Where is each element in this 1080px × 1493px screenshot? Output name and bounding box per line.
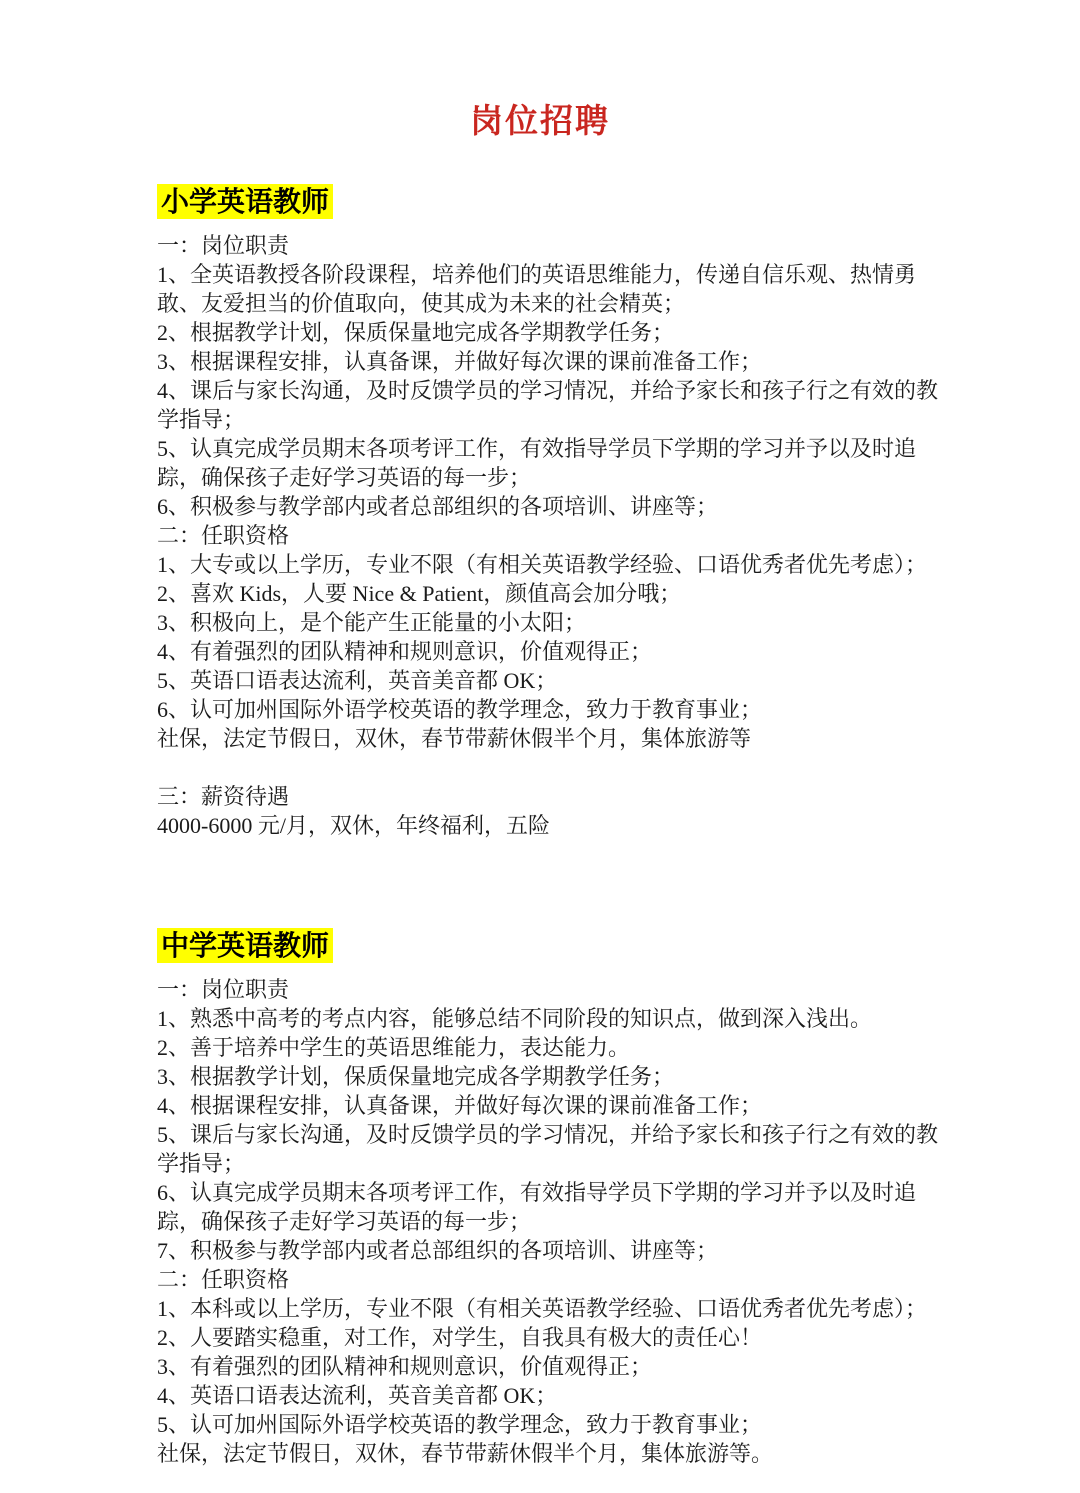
- paragraph-line: 4、英语口语表达流利，英音美音都 OK；: [157, 1381, 947, 1410]
- job-heading: 中学英语教师: [157, 928, 947, 963]
- paragraph-line: 3、积极向上，是个能产生正能量的小太阳；: [157, 608, 947, 637]
- paragraph-line: [157, 753, 947, 782]
- paragraph-line: 4、课后与家长沟通，及时反馈学员的学习情况，并给予家长和孩子行之有效的教学指导；: [157, 376, 947, 434]
- paragraph-line: 1、大专或以上学历，专业不限（有相关英语教学经验、口语优秀者优先考虑）；: [157, 550, 947, 579]
- paragraph-line: 6、认可加州国际外语学校英语的教学理念，致力于教育事业；: [157, 695, 947, 724]
- paragraph-line: 5、认真完成学员期末各项考评工作，有效指导学员下学期的学习并予以及时追踪，确保孩…: [157, 434, 947, 492]
- paragraph-line: 6、积极参与教学部内或者总部组织的各项培训、讲座等；: [157, 492, 947, 521]
- job-body: 一：岗位职责1、熟悉中高考的考点内容，能够总结不同阶段的知识点，做到深入浅出。2…: [157, 975, 947, 1468]
- paragraph-line: 2、喜欢 Kids，人要 Nice & Patient，颜值高会加分哦；: [157, 579, 947, 608]
- paragraph-line: 2、根据教学计划，保质保量地完成各学期教学任务；: [157, 318, 947, 347]
- job-heading-highlight: 小学英语教师: [157, 184, 333, 219]
- paragraph-line: 3、根据课程安排，认真备课，并做好每次课的课前准备工作；: [157, 347, 947, 376]
- paragraph-line: 社保，法定节假日，双休，春节带薪休假半个月，集体旅游等: [157, 724, 947, 753]
- document-content: 小学英语教师 一：岗位职责1、全英语教授各阶段课程，培养他们的英语思维能力，传递…: [0, 184, 1080, 1468]
- paragraph-line: 3、根据教学计划，保质保量地完成各学期教学任务；: [157, 1062, 947, 1091]
- paragraph-line: 二：任职资格: [157, 1265, 947, 1294]
- paragraph-line: 4、有着强烈的团队精神和规则意识，价值观得正；: [157, 637, 947, 666]
- document-title: 岗位招聘: [0, 0, 1080, 146]
- paragraph-line: 1、本科或以上学历，专业不限（有相关英语教学经验、口语优秀者优先考虑）；: [157, 1294, 947, 1323]
- paragraph-line: 5、英语口语表达流利，英音美音都 OK；: [157, 666, 947, 695]
- job-heading-highlight: 中学英语教师: [157, 928, 333, 963]
- paragraph-line: 5、课后与家长沟通，及时反馈学员的学习情况，并给予家长和孩子行之有效的教学指导；: [157, 1120, 947, 1178]
- job-body: 一：岗位职责1、全英语教授各阶段课程，培养他们的英语思维能力，传递自信乐观、热情…: [157, 231, 947, 840]
- job-section-primary-english-teacher: 小学英语教师 一：岗位职责1、全英语教授各阶段课程，培养他们的英语思维能力，传递…: [157, 184, 947, 840]
- paragraph-line: 3、有着强烈的团队精神和规则意识，价值观得正；: [157, 1352, 947, 1381]
- paragraph-line: 6、认真完成学员期末各项考评工作，有效指导学员下学期的学习并予以及时追踪，确保孩…: [157, 1178, 947, 1236]
- job-heading: 小学英语教师: [157, 184, 947, 219]
- paragraph-line: 2、善于培养中学生的英语思维能力，表达能力。: [157, 1033, 947, 1062]
- paragraph-line: 4、根据课程安排，认真备课，并做好每次课的课前准备工作；: [157, 1091, 947, 1120]
- job-section-middle-english-teacher: 中学英语教师 一：岗位职责1、熟悉中高考的考点内容，能够总结不同阶段的知识点，做…: [157, 928, 947, 1468]
- paragraph-line: 三：薪资待遇: [157, 782, 947, 811]
- paragraph-line: 1、熟悉中高考的考点内容，能够总结不同阶段的知识点，做到深入浅出。: [157, 1004, 947, 1033]
- paragraph-line: 7、积极参与教学部内或者总部组织的各项培训、讲座等；: [157, 1236, 947, 1265]
- paragraph-line: 二：任职资格: [157, 521, 947, 550]
- paragraph-line: 4000-6000 元/月，双休，年终福利，五险: [157, 811, 947, 840]
- document-page: 岗位招聘 小学英语教师 一：岗位职责1、全英语教授各阶段课程，培养他们的英语思维…: [0, 0, 1080, 1493]
- paragraph-line: 一：岗位职责: [157, 975, 947, 1004]
- paragraph-line: 一：岗位职责: [157, 231, 947, 260]
- paragraph-line: 1、全英语教授各阶段课程，培养他们的英语思维能力，传递自信乐观、热情勇敢、友爱担…: [157, 260, 947, 318]
- paragraph-line: 2、人要踏实稳重，对工作，对学生，自我具有极大的责任心！: [157, 1323, 947, 1352]
- paragraph-line: 社保，法定节假日，双休，春节带薪休假半个月，集体旅游等。: [157, 1439, 947, 1468]
- paragraph-line: 5、认可加州国际外语学校英语的教学理念，致力于教育事业；: [157, 1410, 947, 1439]
